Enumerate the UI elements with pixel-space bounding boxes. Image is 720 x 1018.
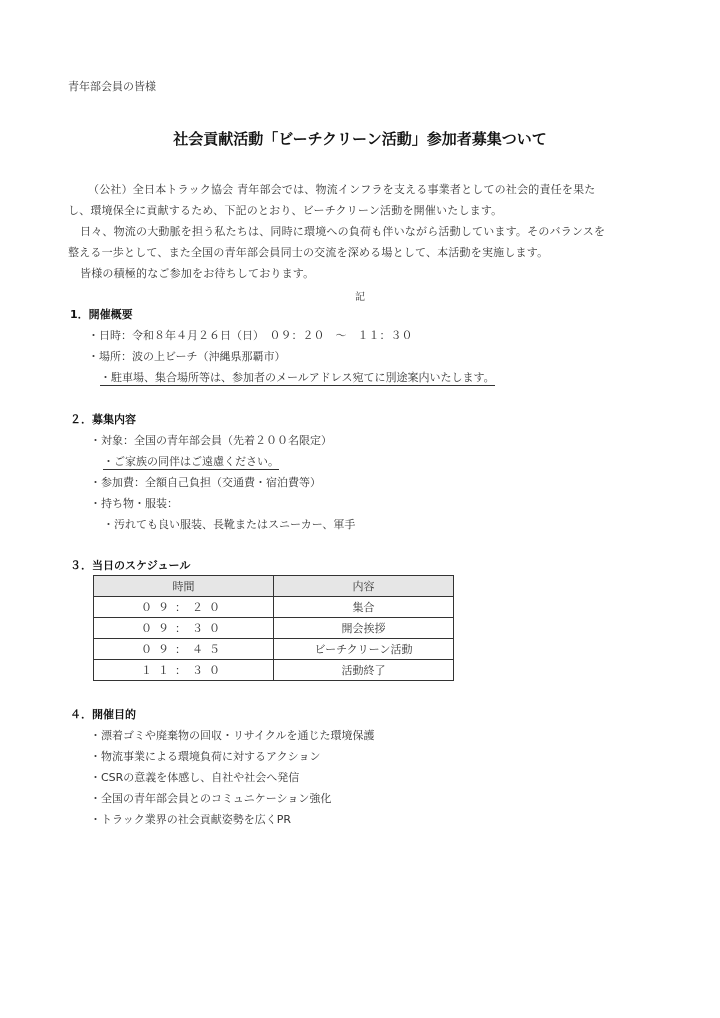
schedule-content: ビーチクリーン活動 [274, 639, 454, 660]
table-row: ０９：２０ 集合 [94, 597, 454, 618]
recruit-belongings: ・持ち物・服装： [90, 495, 178, 511]
intro-line-3: 日々、物流の大動脈を担う私たちは、同時に環境への負荷も伴いながら活動しています。… [80, 223, 605, 239]
overview-parking-note: ・駐車場、集合場所等は、参加者のメールアドレス宛てに別途案内いたします。 [100, 369, 495, 385]
recruit-fee: ・参加費：全額自己負担（交通費・宿泊費等） [90, 474, 321, 490]
section-heading-schedule: ３．当日のスケジュール [70, 557, 190, 573]
recruit-family-note: ・ご家族の同伴はご遠慮ください。 [103, 453, 279, 469]
schedule-content: 開会挨拶 [274, 618, 454, 639]
purpose-item: ・漂着ゴミや廃棄物の回収・リサイクルを通じた環境保護 [90, 727, 374, 743]
section-heading-purpose: ４．開催目的 [70, 706, 136, 722]
schedule-time: ０９：４５ [94, 639, 274, 660]
schedule-header-row: 時間 内容 [94, 576, 454, 597]
overview-datetime: ・日時：令和８年４月２６日（日） ０９：２０ ～ １１：３０ [88, 327, 413, 343]
schedule-table: 時間 内容 ０９：２０ 集合 ０９：３０ 開会挨拶 ０９：４５ ビーチクリーン活… [93, 575, 454, 681]
intro-line-2: し、環境保全に貢献するため、下記のとおり、ビーチクリーン活動を開催いたします。 [68, 202, 502, 218]
table-row: ０９：４５ ビーチクリーン活動 [94, 639, 454, 660]
schedule-time: ０９：２０ [94, 597, 274, 618]
intro-line-1: （公社）全日本トラック協会 青年部会では、物流インフラを支える事業者としての社会… [88, 181, 595, 197]
salutation: 青年部会員の皆様 [68, 78, 156, 94]
recruit-clothing: ・汚れても良い服装、長靴またはスニーカー、軍手 [103, 516, 355, 532]
document-title: 社会貢献活動「ビーチクリーン活動」参加者募集ついて [0, 128, 720, 149]
schedule-time: １１：３０ [94, 660, 274, 681]
col-header-time: 時間 [94, 576, 274, 597]
ki-marker: 記 [355, 288, 365, 303]
recruit-target: ・対象：全国の青年部会員（先着２００名限定） [90, 432, 332, 448]
purpose-item: ・トラック業界の社会貢献姿勢を広くPR [90, 811, 291, 827]
table-row: ０９：３０ 開会挨拶 [94, 618, 454, 639]
purpose-item: ・CSRの意義を体感し、自社や社会へ発信 [90, 769, 299, 785]
section-heading-recruitment: ２．募集内容 [70, 411, 136, 427]
section-heading-overview: 1．開催概要 [70, 306, 133, 322]
intro-line-4: 整える一歩として、また全国の青年部会員同士の交流を深める場として、本活動を実施し… [68, 244, 548, 260]
schedule-content: 集合 [274, 597, 454, 618]
schedule-content: 活動終了 [274, 660, 454, 681]
purpose-item: ・物流事業による環境負荷に対するアクション [90, 748, 320, 764]
schedule-time: ０９：３０ [94, 618, 274, 639]
intro-line-5: 皆様の積極的なご参加をお待ちしております。 [80, 265, 314, 281]
table-row: １１：３０ 活動終了 [94, 660, 454, 681]
purpose-item: ・全国の青年部会員とのコミュニケーション強化 [90, 790, 331, 806]
family-note-text: ・ご家族の同伴はご遠慮ください。 [103, 455, 279, 470]
col-header-content: 内容 [274, 576, 454, 597]
overview-location: ・場所：波の上ビーチ（沖縄県那覇市） [88, 348, 286, 364]
parking-note-text: ・駐車場、集合場所等は、参加者のメールアドレス宛てに別途案内いたします。 [100, 371, 495, 386]
